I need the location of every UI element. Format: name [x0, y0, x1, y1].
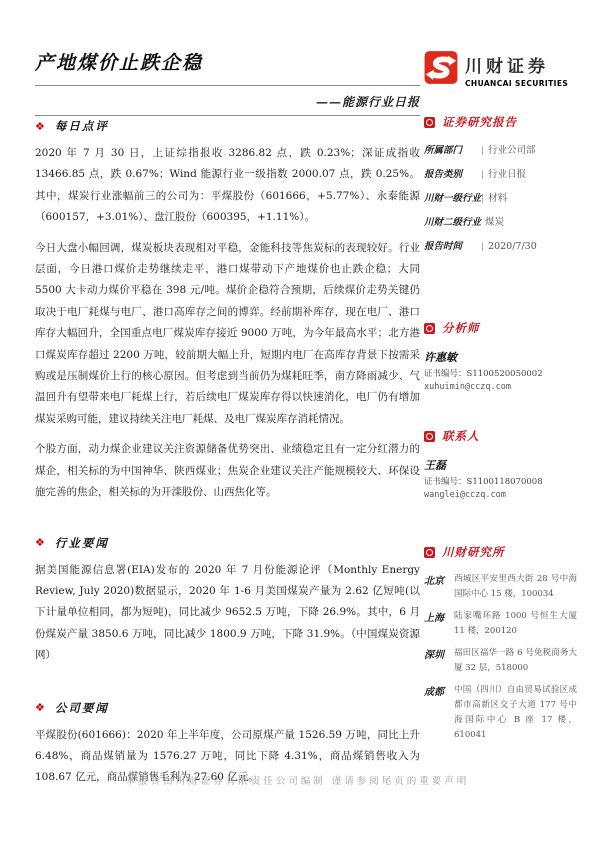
info-value: 行业日报 — [488, 166, 526, 180]
sidebar-section-title: 分析师 — [442, 320, 480, 336]
office-address: 福田区福华一路 6 号免税商务大厦 32 层，518000 — [454, 646, 577, 676]
main-content: ❖ 每日点评 2020 年 7 月 30 日，上证综指报收 3286.82 点，… — [35, 118, 420, 798]
office-item: 上海 陆家嘴环路 1000 号恒生大厦 11 楼，200120 — [424, 609, 577, 639]
office-city: 上海 — [424, 609, 454, 639]
separator: | — [481, 242, 484, 252]
info-value: 行业公司部 — [488, 142, 536, 156]
diamond-marker-icon: ❖ — [35, 701, 45, 714]
sidebar-section-header: 证券研究报告 — [424, 114, 577, 130]
office-address: 西城区平安里西大街 28 号中海国际中心 15 楼，100034 — [454, 572, 577, 602]
diamond-marker-icon: ❖ — [35, 120, 45, 133]
sidebar: 证券研究报告 所属部门 | 行业公司部 报告类别 | 行业日报 川财一级行业 |… — [424, 114, 577, 750]
diamond-marker-icon: ❖ — [35, 536, 45, 549]
sidebar-section-analyst: 分析师 许惠敏 证书编号：S1100520050002 xuhuimin@ccz… — [424, 320, 577, 394]
paragraph: 2020 年 7 月 30 日，上证综指报收 3286.82 点，跌 0.23%… — [35, 143, 420, 229]
separator: | — [481, 194, 484, 204]
office-city: 成都 — [424, 683, 454, 743]
section-header: ❖ 公司要闻 — [35, 700, 420, 716]
sidebar-section-header: 川财研究所 — [424, 544, 577, 560]
sidebar-section-header: 分析师 — [424, 320, 577, 336]
section-title: 公司要闻 — [55, 700, 109, 716]
footer-disclaimer: 本报告由川财证券有限责任公司编制 谨请参阅尾页的重要声明 — [126, 776, 470, 787]
report-page: 产地煤价止跌企稳 ——能源行业日报 川财证券 CHUANCAI SECURITI… — [0, 0, 595, 841]
chuancai-logo-icon — [424, 49, 458, 86]
section-title: 每日点评 — [55, 118, 109, 134]
info-row: 川财一级行业 | 材料 — [424, 190, 577, 204]
contact-cert-number: 证书编号：S1100118070008 — [424, 476, 577, 489]
info-value: 煤炭 — [485, 214, 504, 228]
paragraph: 今日大盘小幅回调，煤炭板块表现相对平稳，金能科技等焦炭标的表现较好。行业层面，今… — [35, 238, 420, 431]
info-row: 川财二级行业 煤炭 — [424, 214, 577, 228]
separator: | — [481, 146, 484, 156]
page-title: 产地煤价止跌企稳 — [35, 48, 420, 75]
square-target-icon — [424, 431, 435, 442]
analyst-email: xuhuimin@cczq.com — [424, 381, 577, 394]
report-series-subtitle: ——能源行业日报 — [35, 93, 420, 110]
office-item: 成都 中国（四川）自由贸易试验区成都市高新区交子大道 177 号中海国际中心 B… — [424, 683, 577, 743]
logo-name-cn: 川财证券 — [465, 52, 568, 77]
sidebar-section-header: 联系人 — [424, 428, 577, 444]
info-value: 2020/7/30 — [488, 241, 537, 252]
sidebar-section-title: 川财研究所 — [442, 544, 505, 560]
sidebar-section-contact: 联系人 王磊 证书编号：S1100118070008 wanglei@cczq.… — [424, 428, 577, 502]
office-city: 深圳 — [424, 646, 454, 676]
section-header: ❖ 每日点评 — [35, 118, 420, 134]
section-daily-comment: ❖ 每日点评 2020 年 7 月 30 日，上证综指报收 3286.82 点，… — [35, 118, 420, 504]
info-value: 材料 — [488, 190, 507, 204]
analyst-card: 许惠敏 证书编号：S1100520050002 xuhuimin@cczq.co… — [424, 349, 577, 394]
info-row: 报告类别 | 行业日报 — [424, 166, 577, 180]
logo-name-en: CHUANCAI SECURITIES — [465, 79, 568, 88]
info-label: 报告类别 — [424, 166, 481, 180]
logo-text: 川财证券 CHUANCAI SECURITIES — [465, 49, 568, 88]
info-label: 川财二级行业 — [424, 214, 481, 228]
office-address: 中国（四川）自由贸易试验区成都市高新区交子大道 177 号中海国际中心 B 座 … — [454, 683, 577, 743]
contact-card: 王磊 证书编号：S1100118070008 wanglei@cczq.com — [424, 457, 577, 502]
footer: 本报告由川财证券有限责任公司编制 谨请参阅尾页的重要声明 — [0, 769, 595, 788]
analyst-cert-number: 证书编号：S1100520050002 — [424, 368, 577, 381]
section-industry-news: ❖ 行业要闻 据美国能源信息署(EIA)发布的 2020 年 7 月份能源论评（… — [35, 535, 420, 667]
analyst-name: 许惠敏 — [424, 349, 577, 365]
header: 产地煤价止跌企稳 ——能源行业日报 — [35, 48, 420, 116]
paragraph: 个股方面，动力煤企业建议关注资源储备优势突出、业绩稳定且有一定分红潜力的煤企，相… — [35, 439, 420, 503]
divider — [35, 85, 420, 86]
section-header: ❖ 行业要闻 — [35, 535, 420, 551]
office-city: 北京 — [424, 572, 454, 602]
office-item: 深圳 福田区福华一路 6 号免税商务大厦 32 层，518000 — [424, 646, 577, 676]
info-label: 所属部门 — [424, 142, 481, 156]
contact-email: wanglei@cczq.com — [424, 489, 577, 502]
office-item: 北京 西城区平安里西大街 28 号中海国际中心 15 楼，100034 — [424, 572, 577, 602]
separator: | — [481, 170, 484, 180]
company-logo: 川财证券 CHUANCAI SECURITIES — [424, 49, 584, 88]
sidebar-section-institute: 川财研究所 北京 西城区平安里西大街 28 号中海国际中心 15 楼，10003… — [424, 544, 577, 743]
sidebar-section-report-info: 证券研究报告 所属部门 | 行业公司部 报告类别 | 行业日报 川财一级行业 |… — [424, 114, 577, 252]
info-label: 川财一级行业 — [424, 190, 481, 204]
paragraph: 据美国能源信息署(EIA)发布的 2020 年 7 月份能源论评（Monthly… — [35, 560, 420, 667]
square-target-icon — [424, 323, 435, 334]
square-target-icon — [424, 117, 435, 128]
contact-name: 王磊 — [424, 457, 577, 473]
square-target-icon — [424, 547, 435, 558]
sidebar-section-title: 联系人 — [442, 428, 480, 444]
info-label: 报告时间 — [424, 238, 481, 252]
office-address: 陆家嘴环路 1000 号恒生大厦 11 楼，200120 — [454, 609, 577, 639]
sidebar-section-title: 证券研究报告 — [442, 114, 517, 130]
info-row: 所属部门 | 行业公司部 — [424, 142, 577, 156]
divider — [35, 115, 420, 116]
section-title: 行业要闻 — [55, 535, 109, 551]
info-row: 报告时间 | 2020/7/30 — [424, 238, 577, 252]
